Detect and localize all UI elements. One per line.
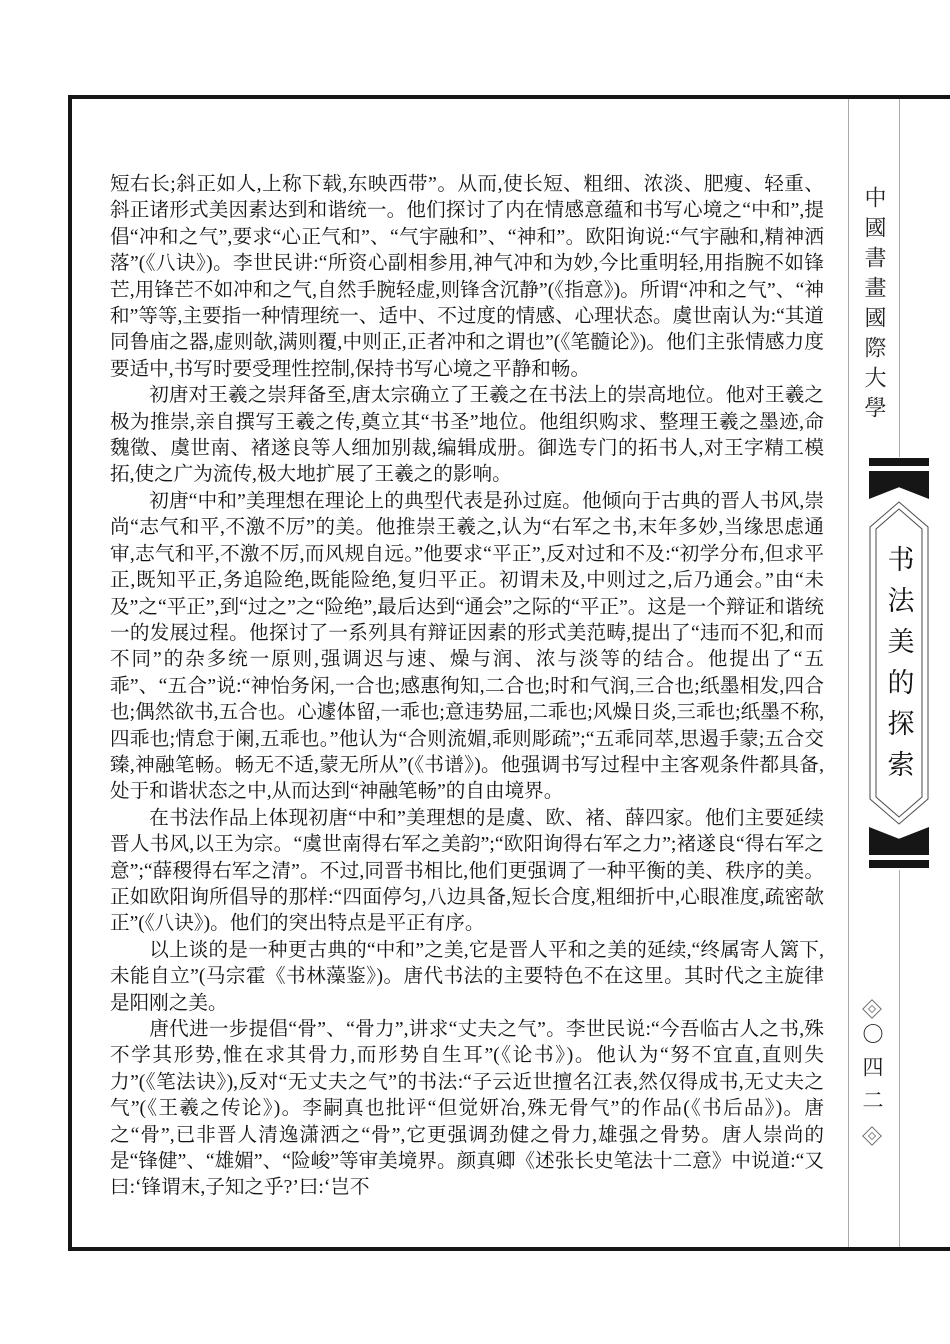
sidebar-rule-right-upper: [899, 99, 900, 457]
sidebar-rule-left: [848, 99, 849, 1247]
diamond-ornament-icon: [862, 1126, 882, 1146]
diamond-ornament-icon: [862, 999, 882, 1019]
diamond-inner-icon: [868, 1005, 876, 1013]
series-title: 书法美的探索: [880, 545, 919, 791]
cartouche-hexagon: 书法美的探索: [869, 501, 929, 825]
book-page: 短右长;斜正如人,上称下载,东映西带”。从而,使长短、粗细、浓淡、肥瘦、轻重、斜…: [0, 0, 950, 1344]
body-text-column: 短右长;斜正如人,上称下载,东映西带”。从而,使长短、粗细、浓淡、肥瘦、轻重、斜…: [110, 172, 824, 1202]
paragraph-continuation: 短右长;斜正如人,上称下载,东映西带”。从而,使长短、粗细、浓淡、肥瘦、轻重、斜…: [110, 172, 824, 383]
cartouche-top-ribbon-icon: [869, 471, 929, 499]
cartouche-top-bar: [869, 458, 929, 466]
folio-block: 〇四二: [857, 1002, 887, 1143]
series-title-cartouche: 书法美的探索: [869, 458, 929, 868]
page-number: 〇四二: [857, 1023, 887, 1122]
institution-name: 中國書畫國際大學: [859, 186, 890, 426]
paragraph: 初唐对王羲之崇拜备至,唐太宗确立了王羲之在书法上的崇高地位。他对王羲之极为推崇,…: [110, 383, 824, 489]
diamond-inner-icon: [868, 1132, 876, 1140]
paragraph: 以上谈的是一种更古典的“中和”之美,它是晋人平和之美的延续,“终属寄人篱下,未能…: [110, 938, 824, 1017]
paragraph: 唐代进一步提倡“骨”、“骨力”,讲求“丈夫之气”。李世民说:“今吾临古人之书,殊…: [110, 1017, 824, 1202]
cartouche-bottom-ribbon-icon: [869, 827, 929, 855]
cartouche-bottom-bar: [869, 860, 929, 868]
paragraph: 在书法作品上体现初唐“中和”美理想的是虞、欧、褚、薛四家。他们主要延续晋人书风,…: [110, 806, 824, 938]
sidebar-rule-right-lower: [899, 870, 900, 1247]
paragraph: 初唐“中和”美理想在理论上的典型代表是孙过庭。他倾向于古典的晋人书风,崇尚“志气…: [110, 489, 824, 806]
